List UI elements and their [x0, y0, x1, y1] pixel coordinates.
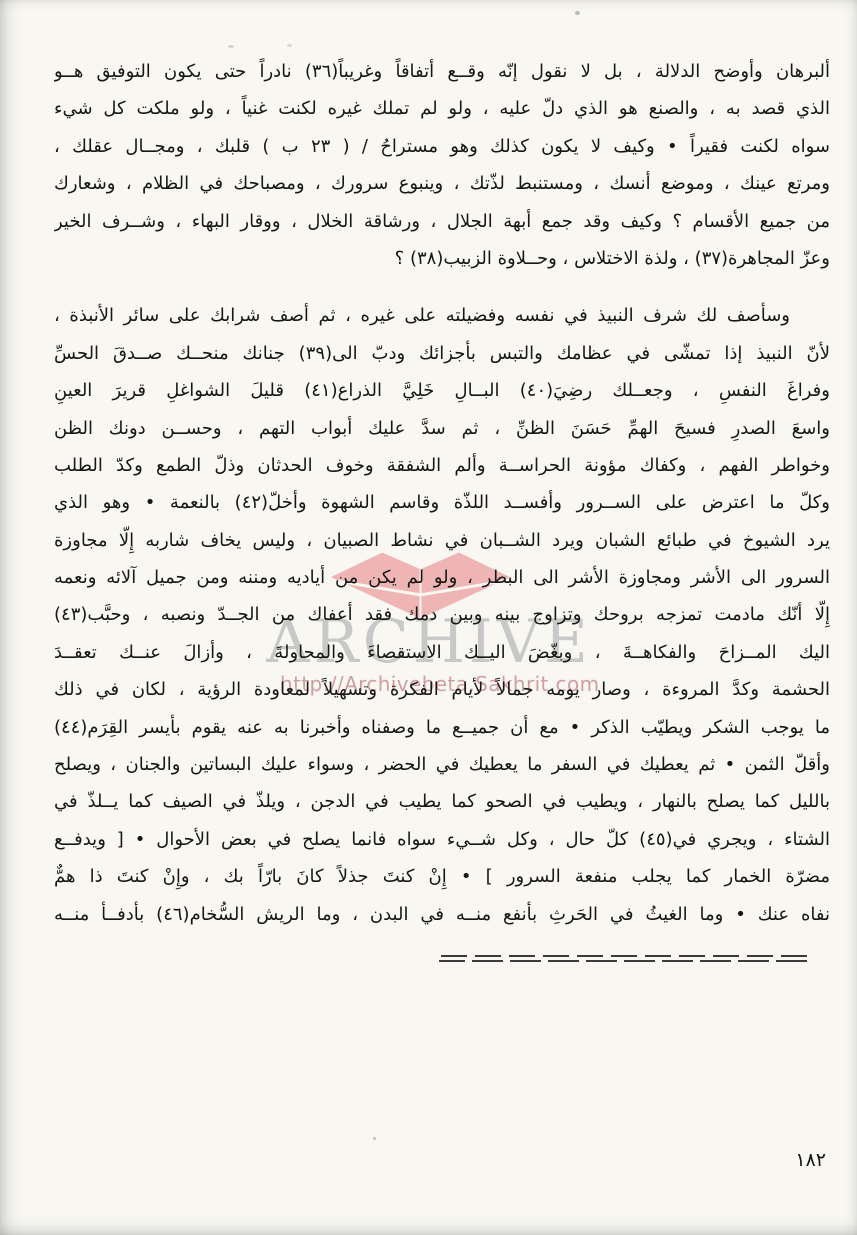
text-line: نفاه عنك • وما الغيثُ في الحَرثِ بأنفع م…: [54, 896, 830, 933]
text-line: وكلّ ما اعترض على الســرور وأفســد اللذّ…: [54, 484, 830, 521]
main-text-block: ألبرهان وأوضح الدلالة ، بل لا نقول إنّه …: [54, 53, 830, 933]
text-line: ما يوجب الشكر ويطيّب الذكر • مع أن جميــ…: [54, 709, 830, 746]
paragraph-1: ألبرهان وأوضح الدلالة ، بل لا نقول إنّه …: [54, 53, 830, 277]
text-line: ألبرهان وأوضح الدلالة ، بل لا نقول إنّه …: [54, 53, 830, 90]
scan-speck: [575, 11, 580, 15]
text-line: وخواطر الفهم ، وكفاك مؤونة الحراســة وأل…: [54, 447, 830, 484]
text-line: لأنّ النبيذ إذا تمشّى في عظامك والتبس بأ…: [54, 335, 830, 372]
text-line: بالليل كما يصلح بالنهار ، ويطيب في الصحو…: [54, 783, 830, 820]
text-line: واسعَ الصدرِ فسيحَ الهمِّ حَسَنَ الظنِّ …: [54, 410, 830, 447]
text-line: وأقلّ الثمن • ثم يعطيك في السفر ما يعطيك…: [54, 746, 830, 783]
text-line: سواه لكنت فقيراً • وكيف لا يكون كذلك وهو…: [54, 128, 830, 165]
text-line: إِلّا أنّك مادمت تمزجه بروحك وتزاوج بينه…: [54, 596, 830, 633]
separator-dash-line: [439, 955, 807, 957]
text-line: اليك المــزاحَ والفكاهــةَ ، وبغّضَ اليـ…: [54, 634, 830, 671]
scan-speck: [287, 44, 292, 47]
text-line: وعزّ المجاهرة(٣٧) ، ولذة الاختلاس ، وحــ…: [54, 240, 830, 277]
paragraph-2: وسأصف لك شرف النبيذ في نفسه وفضيلته على …: [54, 297, 830, 933]
text-line: وفراغَ النفسِ ، وجعــلك رضِيَ(٤٠) البــا…: [54, 372, 830, 409]
text-line: وسأصف لك شرف النبيذ في نفسه وفضيلته على …: [54, 297, 830, 334]
text-line: ومرتع عينك ، وموضع أنسك ، ومستنبط لذّتك …: [54, 165, 830, 202]
text-line: مضرّة الخمار كما يجلب منفعة السرور ] • إ…: [54, 858, 830, 895]
footnote-separator: [439, 955, 807, 964]
text-line: الحشمة وكدَّ المروءة ، وصار يومه جمالاً …: [54, 671, 830, 708]
text-line: الذي قصد به ، والصنع هو الذي دلّ عليه ، …: [54, 90, 830, 127]
scan-speck: [373, 1137, 376, 1140]
page-number: ١٨٢: [795, 1149, 826, 1171]
scanned-book-page: ARCHIVE http://Archivebeta.Sakhrit.com أ…: [0, 0, 857, 1235]
separator-dash-line: [439, 960, 807, 962]
text-line: يرد الشيوخ في طبائع الشبان ويرد الشــبان…: [54, 522, 830, 559]
text-line: السرور الى الأشر ومجاوزة الأشر الى البطر…: [54, 559, 830, 596]
scan-speck: [228, 45, 234, 48]
text-line: من جميع الأقسام ؟ وكيف وقد جمع أبهة الجل…: [54, 203, 830, 240]
text-line: الشتاء ، ويجري في(٤٥) كلّ حال ، وكل شــي…: [54, 821, 830, 858]
